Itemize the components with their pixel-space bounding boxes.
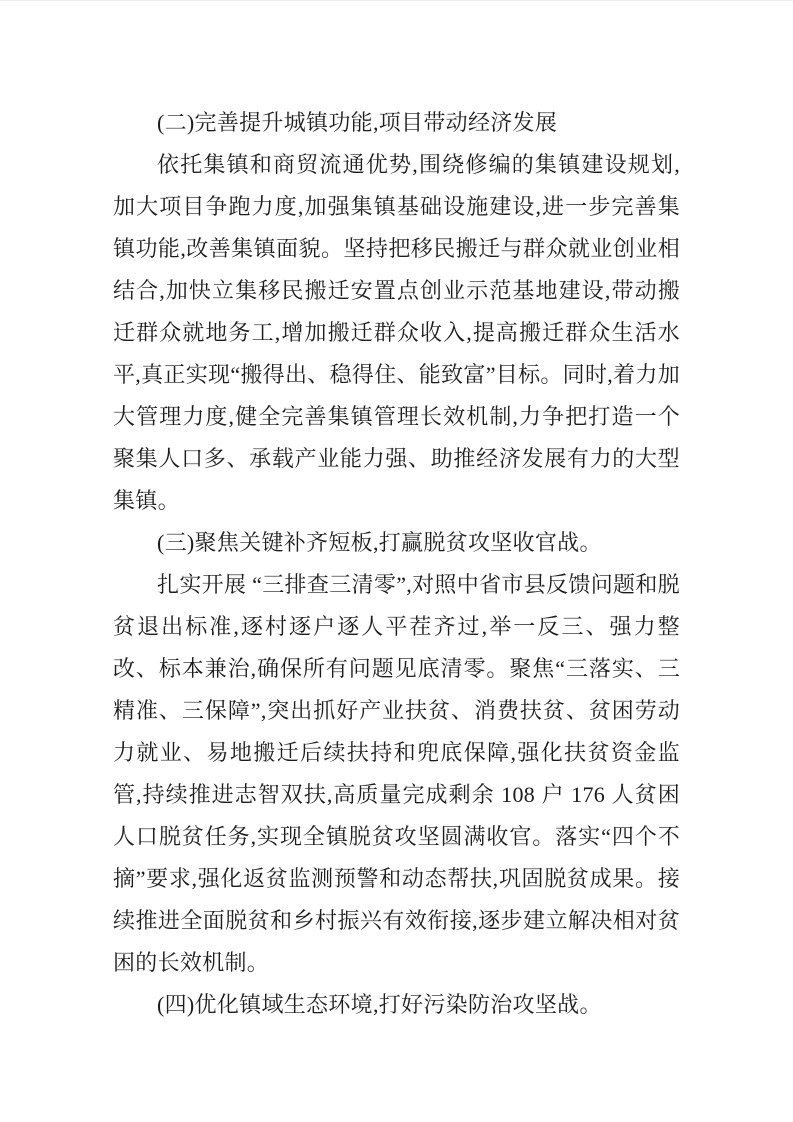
section-heading-2: (二)完善提升城镇功能,项目带动经济发展 (113, 102, 680, 144)
document-page: (二)完善提升城镇功能,项目带动经济发展 依托集镇和商贸流通优势,围绕修编的集镇… (0, 0, 793, 1122)
paragraph-town-function-development: 依托集镇和商贸流通优势,围绕修编的集镇建设规划,加大项目争跑力度,加强集镇基础设… (113, 144, 680, 522)
section-heading-4: (四)优化镇域生态环境,打好污染防治攻坚战。 (113, 984, 680, 1026)
section-heading-3: (三)聚焦关键补齐短板,打赢脱贫攻坚收官战。 (113, 522, 680, 564)
paragraph-poverty-alleviation: 扎实开展 “三排查三清零”,对照中省市县反馈问题和脱贫退出标准,逐村逐户逐人平茬… (113, 564, 680, 984)
